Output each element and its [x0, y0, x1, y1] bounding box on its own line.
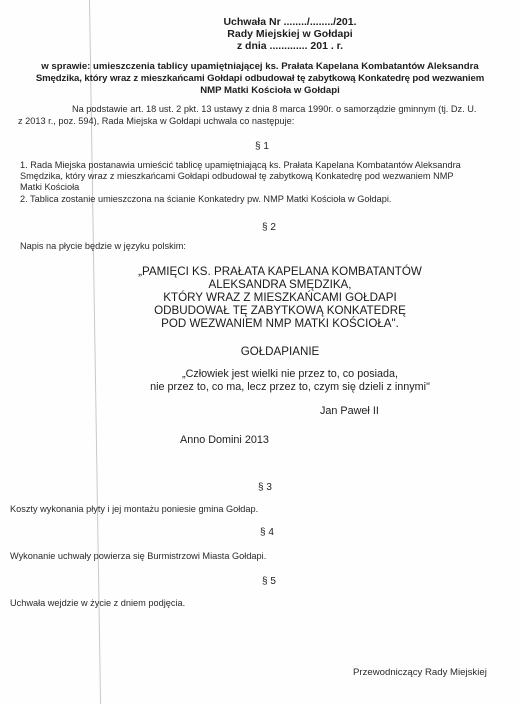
section-1-title: § 1: [255, 141, 269, 152]
section-2-intro: Napis na płycie będzie w języku polskim:: [20, 241, 186, 253]
quote-line-2: nie przez to, co ma, lecz przez to, czym…: [130, 381, 450, 394]
section-2-title: § 2: [262, 222, 276, 233]
section-1-line-4: 2. Tablica zostanie umieszczona na ścian…: [20, 194, 391, 206]
council-name: Rady Miejskiej w Gołdapi: [200, 28, 380, 40]
quote-author: Jan Paweł II: [320, 405, 379, 418]
signatory-title: Przewodniczący Rady Miejskiej: [353, 667, 487, 679]
preamble-line-2: z 2013 r., poz. 594), Rada Miejska w Goł…: [18, 116, 294, 128]
section-4-text: Wykonanie uchwały powierza się Burmistrz…: [10, 551, 266, 563]
section-3-text: Koszty wykonania płyty i jej montażu pon…: [10, 504, 258, 516]
resolution-date: z dnia ............. 201 . r.: [200, 40, 380, 52]
inscription-line-4: ODBUDOWAŁ TĘ ZABYTKOWĄ KONKATEDRĘ: [120, 304, 440, 318]
inscription-line-1: „PAMIĘCI KS. PRAŁATA KAPELANA KOMBATANTÓ…: [120, 265, 440, 279]
preamble-line-1: Na podstawie art. 18 ust. 2 pkt. 13 usta…: [72, 104, 476, 116]
document-page: Uchwała Nr ......../......../201. Rady M…: [0, 0, 520, 704]
inscription-line-5: POD WEZWANIEM NMP MATKI KOŚCIOŁA".: [120, 317, 440, 331]
section-1-line-1: 1. Rada Miejska postanawia umieścić tabl…: [20, 160, 461, 172]
subject-line-3: NMP Matki Kościoła w Gołdapi: [0, 85, 520, 97]
inscription-signature: GOŁDAPIANIE: [120, 345, 440, 359]
section-5-title: § 5: [262, 576, 276, 587]
section-4-title: § 4: [260, 527, 274, 538]
section-5-text: Uchwała wejdzie w życie z dniem podjęcia…: [10, 598, 185, 610]
inscription-line-2: ALEKSANDRA SMĘDZIKA,: [120, 278, 440, 292]
inscription-date: Anno Domini 2013: [180, 434, 269, 447]
inscription-line-3: KTÓRY WRAZ Z MIESZKAŃCAMI GOŁDAPI: [120, 291, 440, 305]
subject-line-1: w sprawie: umieszczenia tablicy upamiętn…: [0, 61, 520, 73]
resolution-number: Uchwała Nr ......../......../201.: [200, 16, 380, 28]
section-1-line-3: Matki Kościoła: [20, 182, 79, 194]
subject-line-2: Smędzika, który wraz z mieszkańcami Gołd…: [0, 73, 520, 85]
section-1-line-2: Smędzika, który wraz z mieszkańcami Gołd…: [20, 171, 454, 183]
quote-line-1: „Człowiek jest wielki nie przez to, co p…: [130, 368, 450, 381]
section-3-title: § 3: [258, 482, 272, 493]
